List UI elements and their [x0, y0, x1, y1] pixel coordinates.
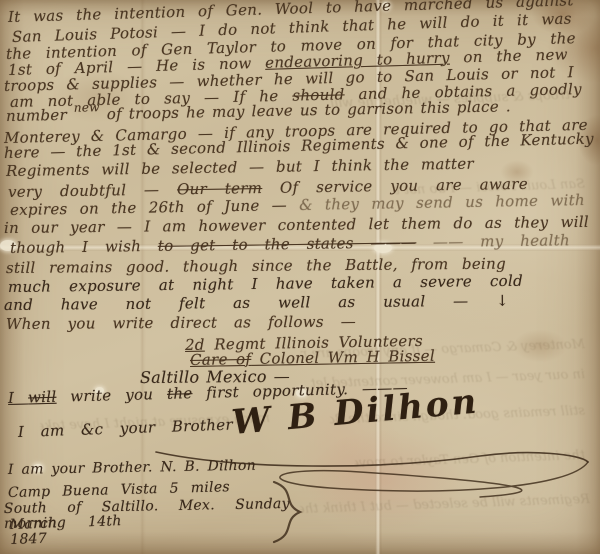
bleed-through-text: Regiments will be selected — but I think… [300, 492, 590, 517]
struck-phrase: to get to the states ——— [158, 233, 417, 255]
struck-word: the [167, 384, 193, 403]
faded-phrase: & they may send us home with [299, 191, 585, 214]
underlined-word: I [8, 388, 28, 407]
struck-phrase: Our term [177, 179, 263, 198]
letter-page: troops & supplies — whether he will go t… [0, 0, 600, 554]
inserted-word: new [74, 100, 100, 114]
closing-line-second: I am your Brother. N. B. Dilhon [8, 459, 256, 479]
address-line-colonel: Care of Colonel Wm H Bissel [190, 348, 435, 369]
bleed-through-text: the intention of Gen Taylor to move on f… [355, 448, 585, 471]
dateline-date: March 14th 1847 [9, 514, 122, 549]
letter-line-18: When you write direct as follows — [6, 314, 356, 333]
line-text: Colonel Wm H Bissel [251, 347, 435, 368]
closing-line: I am &c your Brother [18, 417, 233, 441]
line-text: number [6, 106, 74, 125]
faded-phrase: —— my health [416, 231, 570, 251]
line-text: write you [56, 385, 167, 406]
line-text: though I wish [10, 237, 158, 257]
letter-line-17: and have not felt as well as usual — ↓ [4, 293, 509, 314]
struck-word: will [28, 388, 57, 407]
